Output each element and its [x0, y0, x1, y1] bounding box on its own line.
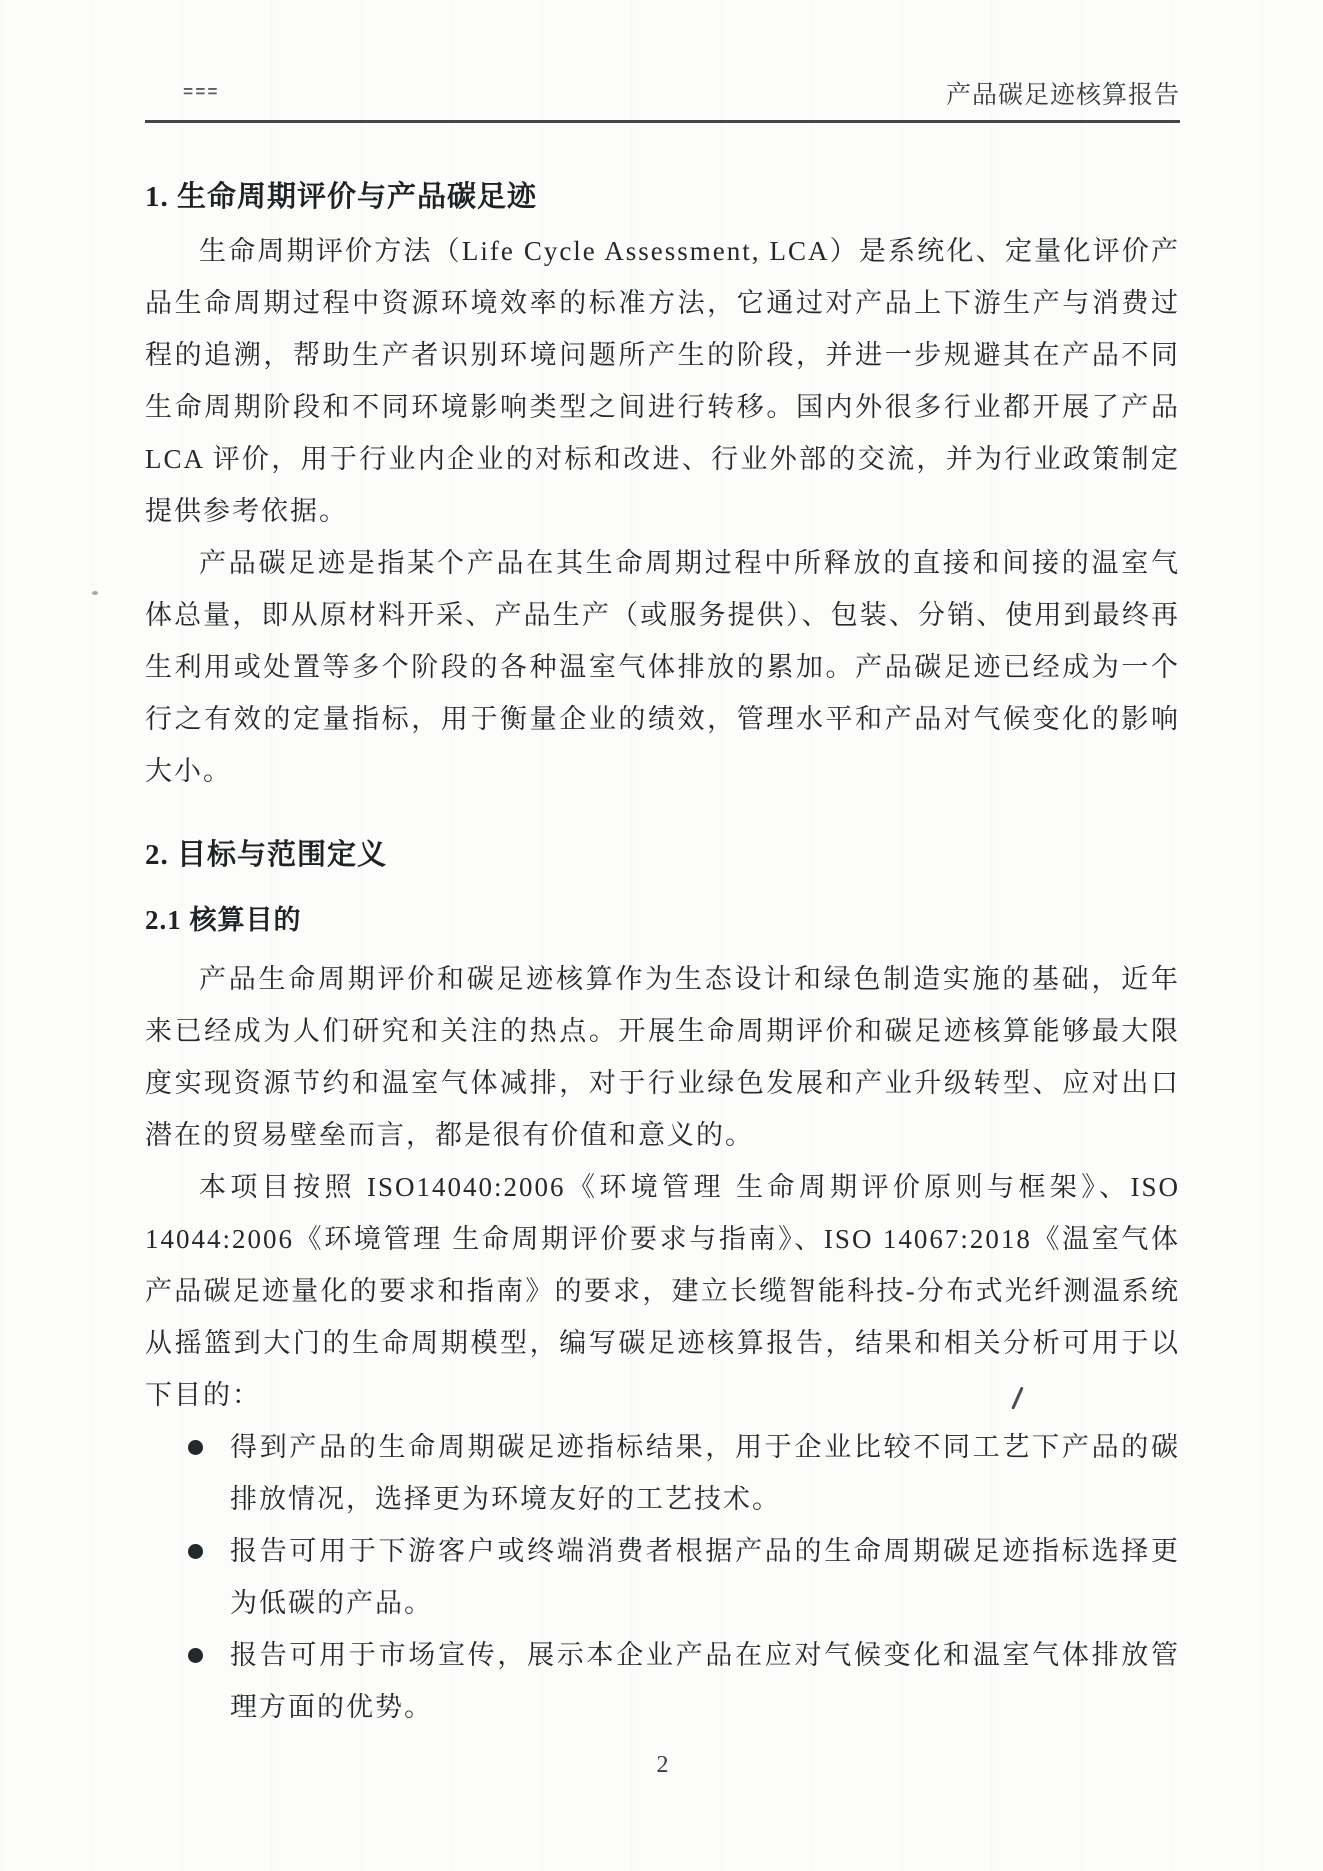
- document-body: 1. 生命周期评价与产品碳足迹 生命周期评价方法（Life Cycle Asse…: [145, 181, 1180, 1733]
- page-number: 2: [657, 1752, 669, 1778]
- document-page: === 产品碳足迹核算报告 1. 生命周期评价与产品碳足迹 生命周期评价方法（L…: [0, 0, 1323, 1871]
- paragraph-carbon-footprint-definition: 产品碳足迹是指某个产品在其生命周期过程中所释放的直接和间接的温室气体总量，即从原…: [145, 537, 1180, 797]
- bullet-text-compare-processes: 得到产品的生命周期碳足迹指标结果，用于企业比较不同工艺下产品的碳排放情况，选择更…: [230, 1421, 1180, 1525]
- list-item: 报告可用于下游客户或终端消费者根据产品的生命周期碳足迹指标选择更为低碳的产品。: [145, 1525, 1180, 1629]
- section-2-1-heading: 2.1 核算目的: [145, 905, 1180, 935]
- header-corner-mark: ===: [183, 85, 220, 102]
- paragraph-iso-standards: 本项目按照 ISO14040:2006《环境管理 生命周期评价原则与框架》、IS…: [145, 1161, 1180, 1421]
- bullet-text-marketing: 报告可用于市场宣传，展示本企业产品在应对气候变化和温室气体排放管理方面的优势。: [230, 1629, 1180, 1733]
- section-1-heading: 1. 生命周期评价与产品碳足迹: [145, 181, 1180, 213]
- stray-dot-artifact: [92, 591, 98, 595]
- purpose-bullet-list: 得到产品的生命周期碳足迹指标结果，用于企业比较不同工艺下产品的碳排放情况，选择更…: [145, 1421, 1180, 1733]
- header-title: 产品碳足迹核算报告: [946, 80, 1180, 110]
- list-item: 得到产品的生命周期碳足迹指标结果，用于企业比较不同工艺下产品的碳排放情况，选择更…: [145, 1421, 1180, 1525]
- bullet-text-downstream-customers: 报告可用于下游客户或终端消费者根据产品的生命周期碳足迹指标选择更为低碳的产品。: [230, 1525, 1180, 1629]
- bullet-icon: [188, 1648, 203, 1663]
- page-header: === 产品碳足迹核算报告: [145, 0, 1180, 110]
- section-2-heading: 2. 目标与范围定义: [145, 839, 1180, 871]
- list-item: 报告可用于市场宣传，展示本企业产品在应对气候变化和温室气体排放管理方面的优势。: [145, 1629, 1180, 1733]
- paragraph-lca-definition: 生命周期评价方法（Life Cycle Assessment, LCA）是系统化…: [145, 225, 1180, 537]
- bullet-icon: [188, 1544, 203, 1559]
- page-footer: 2: [145, 1752, 1180, 1779]
- header-divider: [145, 120, 1180, 123]
- bullet-icon: [188, 1440, 203, 1455]
- paragraph-accounting-purpose: 产品生命周期评价和碳足迹核算作为生态设计和绿色制造实施的基础，近年来已经成为人们…: [145, 953, 1180, 1161]
